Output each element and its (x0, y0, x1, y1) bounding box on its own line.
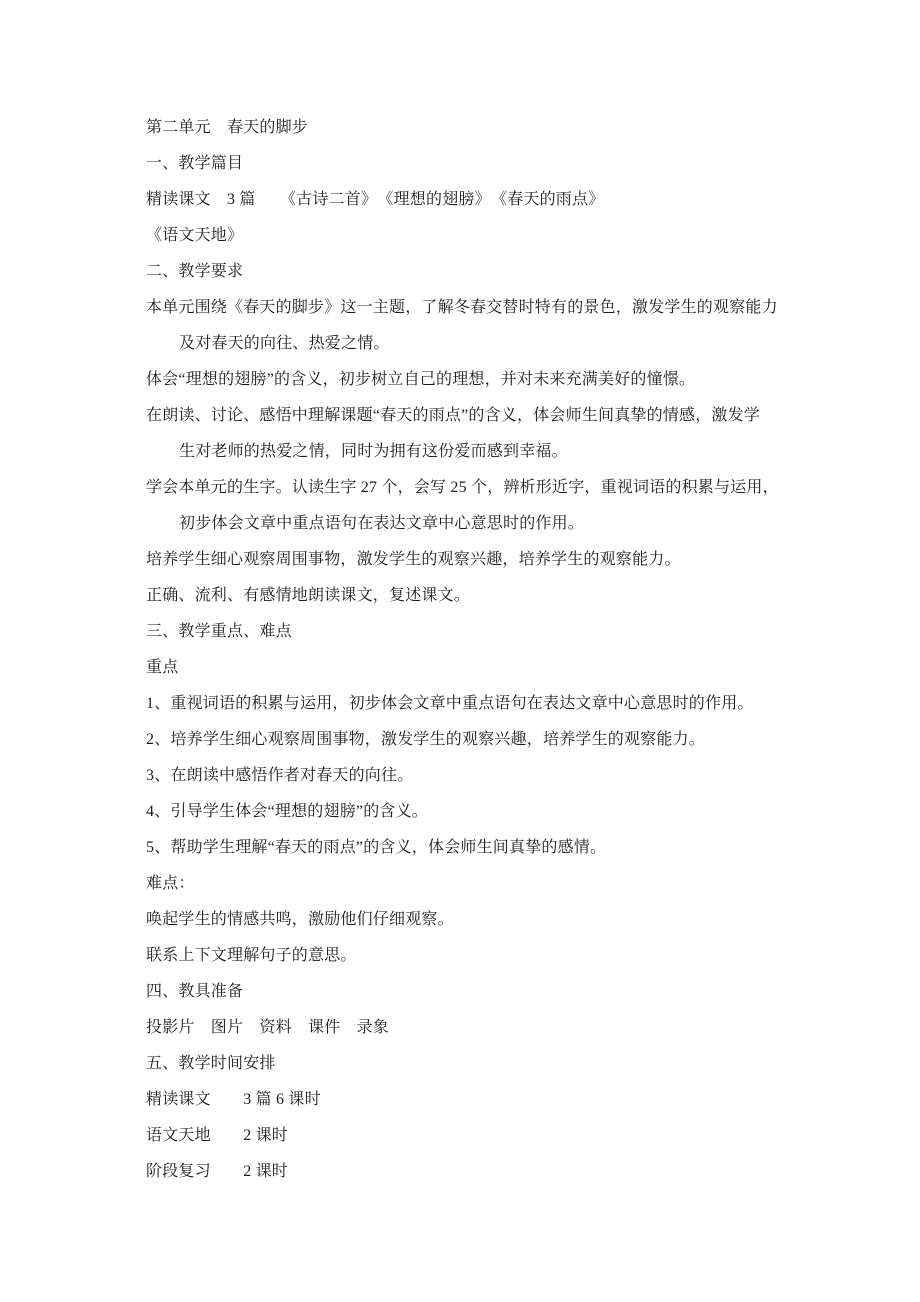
doc-line: 《语文天地》 (146, 218, 802, 254)
numbered-item-2: 2、培养学生细心观察周围事物，激发学生的观察兴趣，培养学生的观察能力。 (146, 722, 802, 758)
doc-line: 语文天地 2 课时 (146, 1118, 802, 1154)
doc-line: 在朗读、讨论、感悟中理解课题“春天的雨点”的含义，体会师生间真挚的情感，激发学 (146, 398, 802, 434)
doc-line: 培养学生细心观察周围事物，激发学生的观察兴趣，培养学生的观察能力。 (146, 542, 802, 578)
doc-line: 唤起学生的情感共鸣，激励他们仔细观察。 (146, 902, 802, 938)
numbered-item-5: 5、帮助学生理解“春天的雨点”的含义，体会师生间真挚的感情。 (146, 830, 802, 866)
doc-line: 及对春天的向往、热爱之情。 (146, 326, 802, 362)
document-page: 第二单元 春天的脚步 一、教学篇目 精读课文 3 篇 《古诗二首》 《理想的翅膀… (0, 0, 920, 1302)
doc-line: 生对老师的热爱之情，同时为拥有这份爱而感到幸福。 (146, 434, 802, 470)
doc-line: 精读课文 3 篇 6 课时 (146, 1082, 802, 1118)
subheading-key-points: 重点 (146, 650, 802, 686)
doc-line: 联系上下文理解句子的意思。 (146, 938, 802, 974)
doc-line: 精读课文 3 篇 《古诗二首》 《理想的翅膀》 《春天的雨点》 (146, 182, 802, 218)
numbered-item-4: 4、引导学生体会“理想的翅膀”的含义。 (146, 794, 802, 830)
section-heading-3: 三、教学重点、难点 (146, 614, 802, 650)
doc-line: 本单元围绕《春天的脚步》这一主题，了解冬春交替时特有的景色，激发学生的观察能力 (146, 290, 802, 326)
doc-line: 学会本单元的生字。认读生字 27 个，会写 25 个，辨析形近字，重视词语的积累… (146, 470, 802, 506)
section-heading-4: 四、教具准备 (146, 974, 802, 1010)
doc-line: 阶段复习 2 课时 (146, 1154, 802, 1190)
section-heading-1: 一、教学篇目 (146, 146, 802, 182)
subheading-difficult-points: 难点： (146, 866, 802, 902)
numbered-item-1: 1、重视词语的积累与运用，初步体会文章中重点语句在表达文章中心意思时的作用。 (146, 686, 802, 722)
unit-title: 第二单元 春天的脚步 (146, 110, 802, 146)
doc-line: 投影片 图片 资料 课件 录象 (146, 1010, 802, 1046)
numbered-item-3: 3、在朗读中感悟作者对春天的向往。 (146, 758, 802, 794)
doc-line: 正确、流利、有感情地朗读课文，复述课文。 (146, 578, 802, 614)
doc-line: 体会“理想的翅膀”的含义，初步树立自己的理想，并对未来充满美好的憧憬。 (146, 362, 802, 398)
section-heading-2: 二、教学要求 (146, 254, 802, 290)
doc-line: 初步体会文章中重点语句在表达文章中心意思时的作用。 (146, 506, 802, 542)
section-heading-5: 五、教学时间安排 (146, 1046, 802, 1082)
